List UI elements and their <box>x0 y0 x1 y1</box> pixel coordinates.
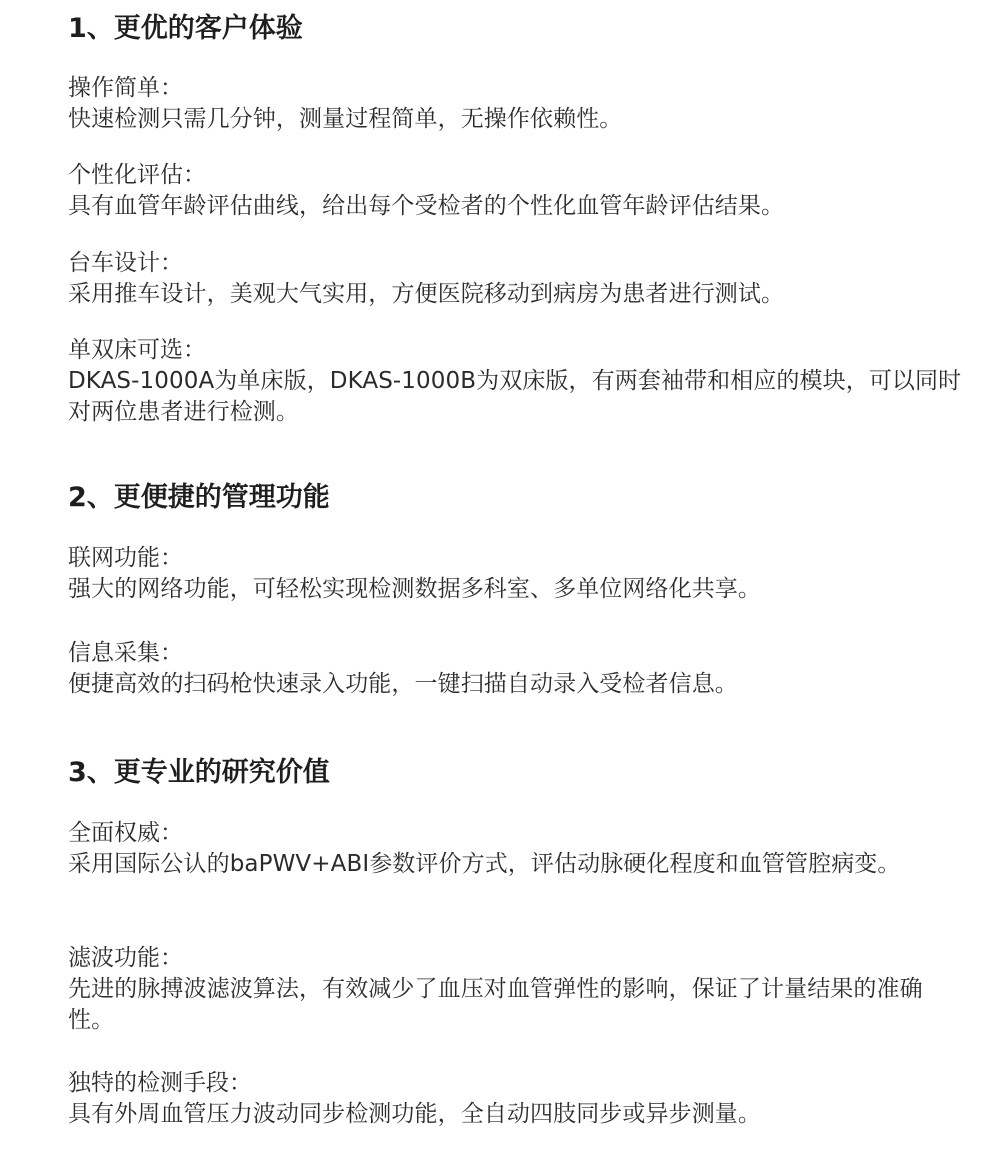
feature-label: 台车设计： <box>68 248 968 279</box>
feature-text: 具有血管年龄评估曲线，给出每个受检者的个性化血管年龄评估结果。 <box>68 191 968 222</box>
feature-personalized-assessment: 个性化评估： 具有血管年龄评估曲线，给出每个受检者的个性化血管年龄评估结果。 <box>68 160 968 222</box>
section-title-management: 2、更便捷的管理功能 <box>68 481 330 515</box>
feature-label: 信息采集： <box>68 638 968 669</box>
feature-label: 个性化评估： <box>68 160 968 191</box>
feature-text: 具有外周血管压力波动同步检测功能，全自动四肢同步或异步测量。 <box>68 1099 968 1130</box>
feature-simple-operation: 操作简单： 快速检测只需几分钟，测量过程简单，无操作依赖性。 <box>68 73 968 135</box>
feature-label: 滤波功能： <box>68 943 968 974</box>
feature-single-double-bed: 单双床可选： DKAS-1000A为单床版，DKAS-1000B为双床版，有两套… <box>68 335 968 428</box>
feature-unique-detection: 独特的检测手段： 具有外周血管压力波动同步检测功能，全自动四肢同步或异步测量。 <box>68 1068 968 1130</box>
feature-networking: 联网功能： 强大的网络功能，可轻松实现检测数据多科室、多单位网络化共享。 <box>68 543 968 605</box>
feature-label: 全面权威： <box>68 818 968 849</box>
feature-label: 联网功能： <box>68 543 968 574</box>
section-title-research-value: 3、更专业的研究价值 <box>68 756 330 790</box>
feature-text: 采用推车设计，美观大气实用，方便医院移动到病房为患者进行测试。 <box>68 279 968 310</box>
feature-text: 采用国际公认的baPWV+ABI参数评价方式，评估动脉硬化程度和血管管腔病变。 <box>68 849 968 880</box>
feature-text: DKAS-1000A为单床版，DKAS-1000B为双床版，有两套袖带和相应的模… <box>68 366 968 428</box>
feature-text: 快速检测只需几分钟，测量过程简单，无操作依赖性。 <box>68 104 968 135</box>
feature-cart-design: 台车设计： 采用推车设计，美观大气实用，方便医院移动到病房为患者进行测试。 <box>68 248 968 310</box>
feature-label: 独特的检测手段： <box>68 1068 968 1099</box>
feature-text: 便捷高效的扫码枪快速录入功能，一键扫描自动录入受检者信息。 <box>68 669 968 700</box>
feature-info-collection: 信息采集： 便捷高效的扫码枪快速录入功能，一键扫描自动录入受检者信息。 <box>68 638 968 700</box>
feature-text: 强大的网络功能，可轻松实现检测数据多科室、多单位网络化共享。 <box>68 574 968 605</box>
feature-label: 操作简单： <box>68 73 968 104</box>
feature-text: 先进的脉搏波滤波算法，有效减少了血压对血管弹性的影响，保证了计量结果的准确性。 <box>68 974 968 1036</box>
section-title-customer-experience: 1、更优的客户体验 <box>68 12 303 46</box>
feature-authoritative: 全面权威： 采用国际公认的baPWV+ABI参数评价方式，评估动脉硬化程度和血管… <box>68 818 968 880</box>
feature-filtering: 滤波功能： 先进的脉搏波滤波算法，有效减少了血压对血管弹性的影响，保证了计量结果… <box>68 943 968 1036</box>
feature-label: 单双床可选： <box>68 335 968 366</box>
